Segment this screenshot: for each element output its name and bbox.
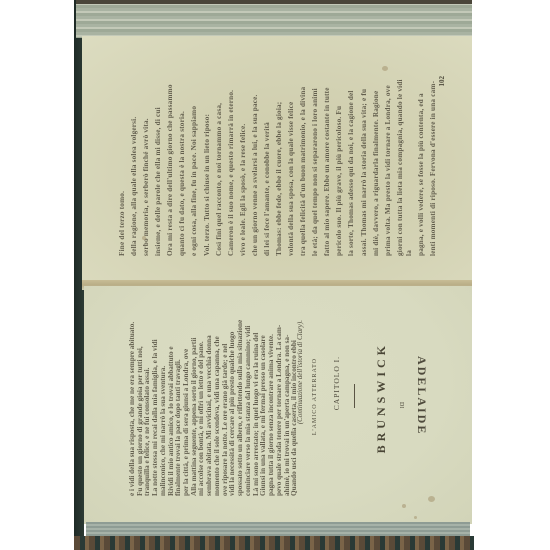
text-line: pagna, e volli vedere, se fosse la più c… [417,76,426,256]
book-title-connector: DI [398,402,404,408]
text-line: Ora mi resta a dire dell'ultimo giorno c… [166,76,175,256]
cover-top-edge [76,0,472,4]
text-line: quanto ci fu dato, e questa è la nostra … [178,76,187,256]
text-line: ahimè, io mi trovai in un'aperta campagn… [283,306,291,496]
text-line: sembrava abitata. Mi avvicinai, e una ve… [205,306,213,496]
text-line: mi accolse con bontà, e mi offrì un lett… [197,306,205,496]
chapter-subtitle: L'AMICO ATTERRATO [312,358,318,435]
chapter-heading: CAPITOLO I. [332,356,341,410]
text-line: Là mi sono arrestato; in quel luogo vi e… [252,306,260,496]
text-line: vivo e leale. Egli la sposò, e la rese f… [239,76,248,256]
open-book-photo: 102 lenti momenti di riposo. Fervona d'e… [74,0,474,550]
foxing-spot [402,504,406,508]
text-line: le età; da quel tempo non si separarono … [311,76,320,256]
text-line: e ogni cosa, alla fine, fu in pace. Noi … [190,76,199,256]
bottom-page: ADELAIDE DI BRUNSWICK CAPITOLO I. L'AMIC… [84,286,472,524]
text-line: spossato sotto un albero, e riflettendo … [236,306,244,496]
text-line: e i vidi della sua risposta, che me ne e… [128,306,136,496]
text-line: volontà della sua sposa, con la quale vi… [287,76,296,256]
foxing-spot [414,516,417,519]
text-line: giorni con tutta la lieta mia compagnia,… [396,76,414,256]
text-line: vidi la necessità di cercare al più pres… [228,306,236,496]
text-line: della ragione, alla quale ella solea vol… [130,76,139,256]
text-line: tra quella felicità d'un buon matrimonio… [299,76,308,256]
page-number: 102 [438,76,446,87]
text-line: serbo memoria, e serberò finché avrò vit… [142,76,151,256]
text-line: pevo quale strada tenere per tornare a L… [275,306,283,496]
text-line: prima volta. Ma presto la vidi tornare a… [384,76,393,256]
text-line: Quando usci da quella caserta, il mio in… [290,306,298,496]
text-line: Thomas: ebbe fede, ebbe il cuore, ebbe l… [275,76,284,256]
text-line: momento che il sole scendeva, vidi una c… [213,306,221,496]
text-line: pericolo suo. Il più grave, il più peric… [335,76,344,256]
text-line: la sorte, Thomas adesso qui da noi, e la… [347,76,356,256]
text-line: mi diè, davvero, a riguardarla finalment… [372,76,381,256]
text-line: Così finì quel racconto, e noi tornammo … [215,76,224,256]
text-line: Giunsi in una vallata, e mi fermai press… [259,306,267,496]
title-rule [354,384,355,408]
text-line: Cameron è il suo nome, e questo rimarrà … [227,76,236,256]
book-title-brunswick: BRUNSWICK [374,342,389,453]
text-line: Fu questo un giorno di grande gioia per … [136,306,144,496]
top-page: 102 lenti momenti di riposo. Fervona d'e… [82,36,472,288]
text-line: assai. Thomas mi narrò la storia della s… [360,76,369,256]
page-block-bottom-edge [86,522,470,536]
text-line: Rividi il mio antico amico, e lo trovai … [167,306,175,496]
text-line: cominciare verso la mia stanza dal lungo… [244,306,252,496]
text-line: ove riposare la notte. Le ore erano già … [221,306,229,496]
foxing-spot [382,66,388,71]
top-page-text-block: lenti momenti di riposo. Fervona d'esser… [118,76,438,256]
book-title-adelaide: ADELAIDE [414,356,429,435]
text-line: Alla mattina seguente, appena sorto il g… [190,306,198,496]
text-line: malinconico, che mi narrò la sua sventur… [159,306,167,496]
foxing-spot [142,236,146,240]
text-line: che un giorno venne a svelarsi a lui, e … [251,76,260,256]
bottom-page-text-block: Quando usci da quella caserta, il mio in… [128,306,298,496]
text-line: di lei si fece l'amante, e conobbe la ve… [263,76,272,256]
text-line: tranquilla e felice, e ne fui consolato … [143,306,151,496]
text-line: lenti momenti di riposo. Fervona d'esser… [429,76,438,256]
text-line: pagna tutta il giorno senza incontrare a… [267,306,275,496]
end-of-volume-line: Fine del terzo tomo. [118,76,127,256]
marbled-cover-bottom-edge [74,536,474,550]
page-block-top-edge [76,0,472,38]
text-line: La notte stessa mi recai dalla mia famig… [151,306,159,496]
text-line: fatto al mio sapere. Ebbe un amore costa… [323,76,332,256]
text-line: finalmente trovai la pace dopo tanti tra… [174,306,182,496]
text-line: insieme, e delle parole che ella mi diss… [154,76,163,256]
text-line: Vol. terzo. Tutto si chiuse in un lieto … [203,76,212,256]
text-line: per la città, e prima di sera giunsi a L… [182,306,190,496]
foxing-spot [428,496,435,502]
